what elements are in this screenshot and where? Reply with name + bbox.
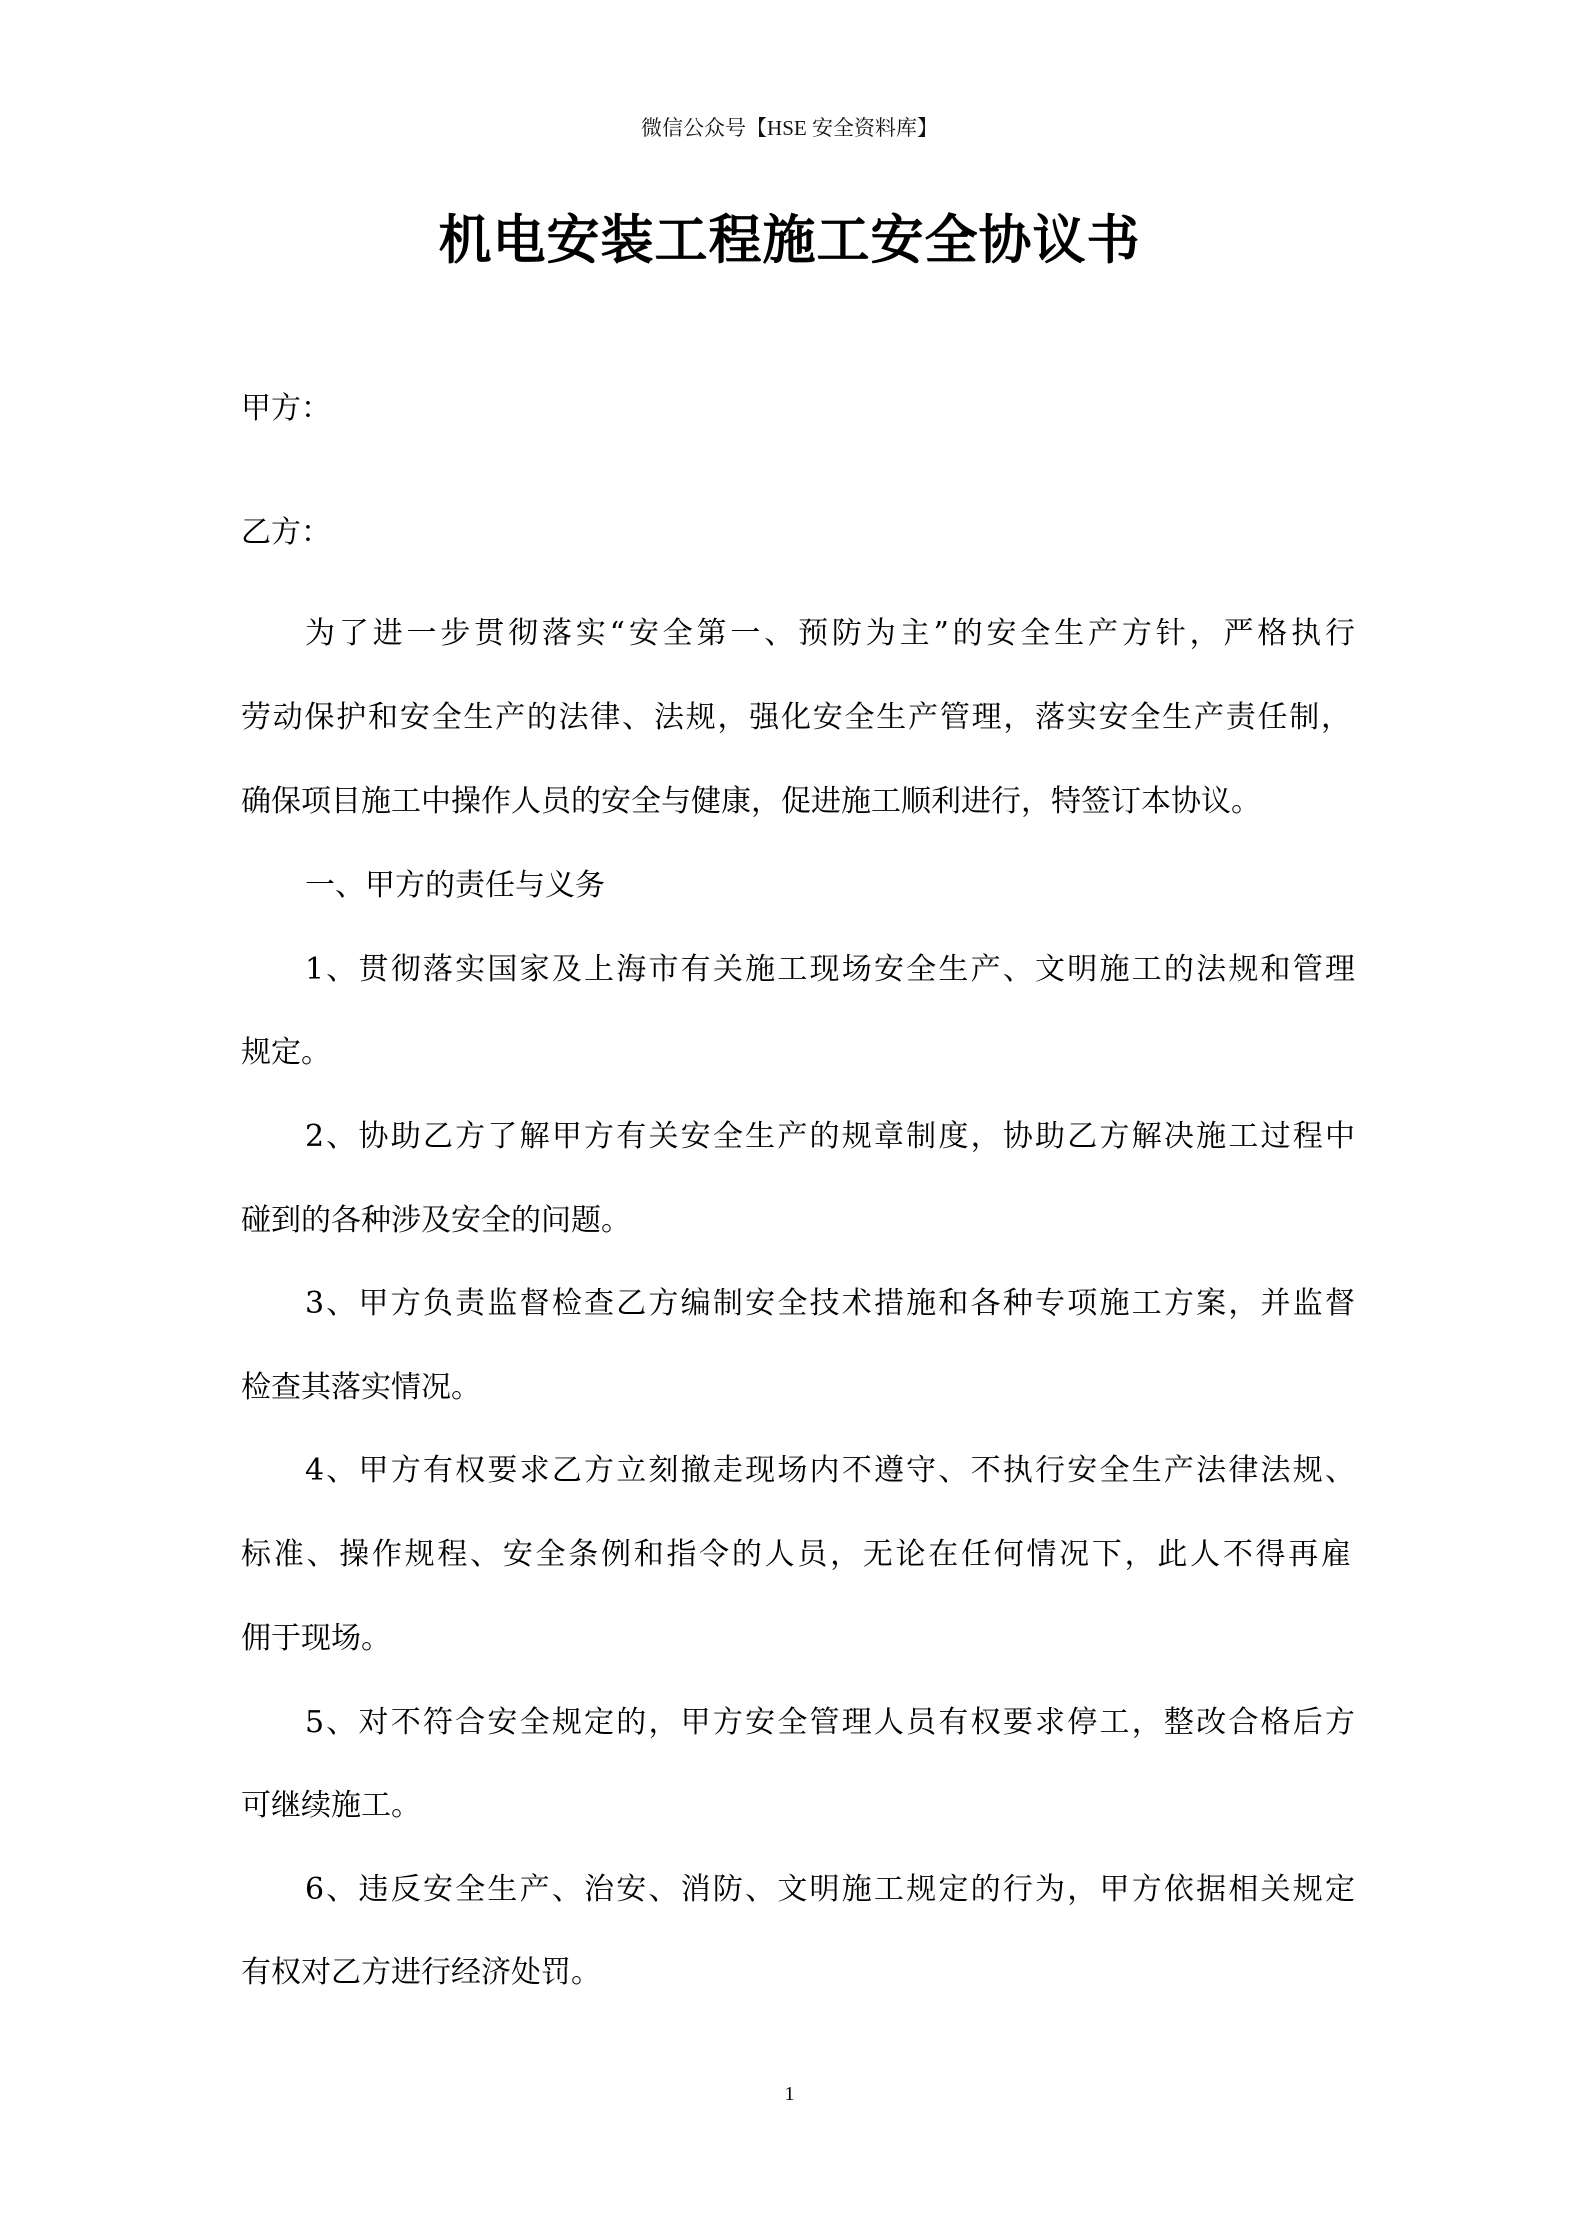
clause-2-line-2: 碰到的各种涉及安全的问题。 bbox=[241, 1201, 1351, 1241]
party-b-label: 乙方： bbox=[241, 513, 1351, 553]
document-title: 机电安装工程施工安全协议书 bbox=[0, 205, 1579, 275]
clause-3-line-1: 3、甲方负责监督检查乙方编制安全技术措施和各种专项施工方案，并监督 bbox=[305, 1284, 1355, 1324]
clause-4-line-1: 4、甲方有权要求乙方立刻撤走现场内不遵守、不执行安全生产法律法规、 bbox=[305, 1451, 1355, 1491]
clause-3-line-2: 检查其落实情况。 bbox=[241, 1368, 1351, 1408]
section-heading-party-a-duties: 一、甲方的责任与义务 bbox=[305, 866, 1355, 906]
clause-2-line-1: 2、协助乙方了解甲方有关安全生产的规章制度，协助乙方解决施工过程中 bbox=[305, 1117, 1355, 1157]
clause-5-line-2: 可继续施工。 bbox=[241, 1786, 1351, 1826]
clause-6-line-2: 有权对乙方进行经济处罚。 bbox=[241, 1953, 1351, 1993]
party-a-label: 甲方： bbox=[241, 389, 1351, 429]
page-number: 1 bbox=[0, 2080, 1579, 2108]
preamble-line-1: 为了进一步贯彻落实“安全第一、预防为主”的安全生产方针，严格执行 bbox=[305, 614, 1355, 654]
clause-6-line-1: 6、违反安全生产、治安、消防、文明施工规定的行为，甲方依据相关规定 bbox=[305, 1870, 1355, 1910]
preamble-line-3: 确保项目施工中操作人员的安全与健康，促进施工顺利进行，特签订本协议。 bbox=[241, 782, 1351, 822]
clause-1-line-2: 规定。 bbox=[241, 1033, 1351, 1073]
document-page: 微信公众号【HSE 安全资料库】 机电安装工程施工安全协议书 甲方： 乙方： 为… bbox=[0, 0, 1579, 2237]
clause-1-line-1: 1、贯彻落实国家及上海市有关施工现场安全生产、文明施工的法规和管理 bbox=[305, 950, 1355, 990]
preamble-line-2: 劳动保护和安全生产的法律、法规，强化安全生产管理，落实安全生产责任制， bbox=[241, 698, 1351, 738]
clause-4-line-3: 佣于现场。 bbox=[241, 1619, 1351, 1659]
clause-4-line-2: 标准、操作规程、安全条例和指令的人员，无论在任何情况下，此人不得再雇 bbox=[241, 1535, 1351, 1575]
clause-5-line-1: 5、对不符合安全规定的，甲方安全管理人员有权要求停工，整改合格后方 bbox=[305, 1703, 1355, 1743]
header-note: 微信公众号【HSE 安全资料库】 bbox=[0, 113, 1579, 143]
